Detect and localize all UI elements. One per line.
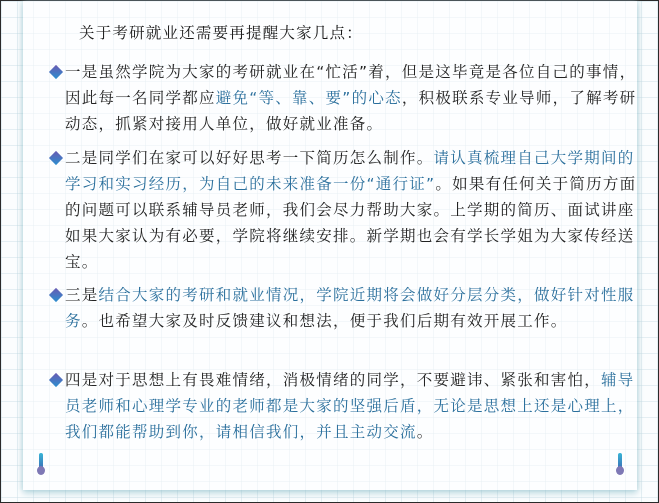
paragraph-1: 一是虽然学院为大家的考研就业在“忙活”着，但是这毕竟是各位自己的事情，因此每一名… [49, 59, 639, 137]
pin-icon [616, 453, 624, 475]
paragraph-2: 二是同学们在家可以好好思考一下简历怎么制作。请认真梳理自己大学期间的学习和实习经… [49, 145, 639, 275]
pin-icon [37, 453, 45, 475]
paragraph-text: 四是对于思想上有畏难情绪，消极情绪的同学，不要避讳、紧张和害怕， [65, 371, 601, 389]
paragraph-text: 。 [417, 423, 434, 441]
highlighted-text: 避免“等、靠、要”的心态 [216, 89, 402, 107]
paragraph-text: 。也希望大家及时反馈建议和想法，便于我们后期有效开展工作。 [82, 312, 568, 330]
paragraph-text: 三是 [65, 286, 99, 304]
paragraph-text: 二是同学们在家可以好好思考一下简历怎么制作。 [65, 149, 434, 167]
paragraph-4: 四是对于思想上有畏难情绪，消极情绪的同学，不要避讳、紧张和害怕，辅导员老师和心理… [49, 367, 639, 445]
page-frame: 关于考研就业还需要再提醒大家几点： 一是虽然学院为大家的考研就业在“忙活”着，但… [0, 0, 659, 503]
paragraph-3: 三是结合大家的考研和就业情况，学院近期将会做好分层分类，做好针对性服务。也希望大… [49, 282, 639, 334]
intro-heading: 关于考研就业还需要再提醒大家几点： [79, 21, 363, 43]
